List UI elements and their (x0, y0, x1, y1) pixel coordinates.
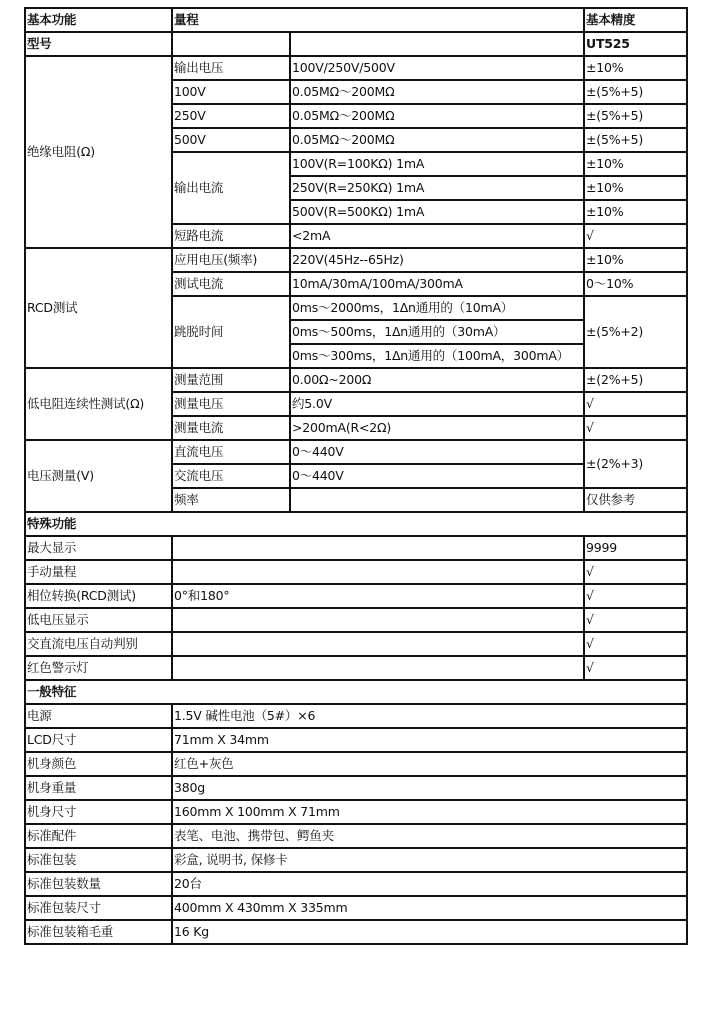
accuracy-cell: ±(2%+5) (584, 368, 687, 392)
general-label: 机身重量 (25, 776, 172, 800)
feature-value (172, 536, 584, 560)
range-cell (290, 488, 584, 512)
range-cell: 100V/250V/500V (290, 56, 584, 80)
accuracy-cell: √ (584, 584, 687, 608)
table-row: 机身重量 380g (25, 776, 687, 800)
param-cell: 100V (172, 80, 290, 104)
table-row: LCD尺寸 71mm X 34mm (25, 728, 687, 752)
model-value: UT525 (584, 32, 687, 56)
param-cell: 应用电压(频率) (172, 248, 290, 272)
range-cell: 0.05MΩ～200MΩ (290, 104, 584, 128)
header-function: 基本功能 (25, 8, 172, 32)
accuracy-cell: ±(5%+5) (584, 80, 687, 104)
accuracy-cell: ±(5%+5) (584, 104, 687, 128)
feature-label: 手动量程 (25, 560, 172, 584)
table-row: 标准包装尺寸 400mm X 430mm X 335mm (25, 896, 687, 920)
general-label: 标准配件 (25, 824, 172, 848)
empty-cell (172, 32, 290, 56)
accuracy-cell: √ (584, 608, 687, 632)
general-value: 20台 (172, 872, 687, 896)
section-header-row: 一般特征 (25, 680, 687, 704)
feature-label: 相位转换(RCD测试) (25, 584, 172, 608)
general-value: 1.5V 碱性电池（5#）×6 (172, 704, 687, 728)
param-cell: 测量范围 (172, 368, 290, 392)
range-cell: 220V(45Hz--65Hz) (290, 248, 584, 272)
general-label: 标准包装尺寸 (25, 896, 172, 920)
feature-label: 交直流电压自动判别 (25, 632, 172, 656)
feature-value (172, 608, 584, 632)
param-cell: 短路电流 (172, 224, 290, 248)
range-cell: 约5.0V (290, 392, 584, 416)
feature-label: 最大显示 (25, 536, 172, 560)
model-row: 型号 UT525 (25, 32, 687, 56)
param-cell: 250V (172, 104, 290, 128)
table-row: 标准包装箱毛重 16 Kg (25, 920, 687, 944)
accuracy-cell: ±10% (584, 56, 687, 80)
table-row: 最大显示 9999 (25, 536, 687, 560)
accuracy-cell: ±(5%+5) (584, 128, 687, 152)
accuracy-cell: √ (584, 392, 687, 416)
empty-cell (290, 32, 584, 56)
general-value: 16 Kg (172, 920, 687, 944)
table-row: 机身颜色 红色+灰色 (25, 752, 687, 776)
table-row: 交直流电压自动判别 √ (25, 632, 687, 656)
header-row: 基本功能 量程 基本精度 (25, 8, 687, 32)
accuracy-cell: ±10% (584, 176, 687, 200)
accuracy-cell: ±(2%+3) (584, 440, 687, 488)
param-cell: 输出电流 (172, 152, 290, 224)
general-label: LCD尺寸 (25, 728, 172, 752)
general-title: 一般特征 (25, 680, 687, 704)
general-label: 机身颜色 (25, 752, 172, 776)
accuracy-cell: √ (584, 632, 687, 656)
accuracy-cell: 9999 (584, 536, 687, 560)
param-cell: 交流电压 (172, 464, 290, 488)
param-cell: 直流电压 (172, 440, 290, 464)
range-cell: 0.05MΩ～200MΩ (290, 80, 584, 104)
param-cell: 跳脱时间 (172, 296, 290, 368)
model-label: 型号 (25, 32, 172, 56)
general-label: 标准包装箱毛重 (25, 920, 172, 944)
range-cell: 500V(R=500KΩ) 1mA (290, 200, 584, 224)
accuracy-cell: √ (584, 224, 687, 248)
feature-label: 红色警示灯 (25, 656, 172, 680)
general-label: 电源 (25, 704, 172, 728)
accuracy-cell: ±10% (584, 248, 687, 272)
accuracy-cell: 0～10% (584, 272, 687, 296)
table-row: 标准包装 彩盒, 说明书, 保修卡 (25, 848, 687, 872)
voltage-label: 电压测量(V) (25, 440, 172, 512)
accuracy-cell: ±(5%+2) (584, 296, 687, 368)
accuracy-cell: √ (584, 416, 687, 440)
param-cell: 测量电流 (172, 416, 290, 440)
range-cell: <2mA (290, 224, 584, 248)
special-title: 特殊功能 (25, 512, 687, 536)
param-cell: 测量电压 (172, 392, 290, 416)
accuracy-cell: √ (584, 560, 687, 584)
range-cell: 10mA/30mA/100mA/300mA (290, 272, 584, 296)
range-cell: 0.00Ω~200Ω (290, 368, 584, 392)
table-row: 标准配件 表笔、电池、携带包、鳄鱼夹 (25, 824, 687, 848)
param-cell: 频率 (172, 488, 290, 512)
continuity-label: 低电阻连续性测试(Ω) (25, 368, 172, 440)
table-row: 低电压显示 √ (25, 608, 687, 632)
section-header-row: 特殊功能 (25, 512, 687, 536)
general-value: 红色+灰色 (172, 752, 687, 776)
range-cell: 0ms～500ms，1Δn通用的（30mA） (290, 320, 584, 344)
table-row: 标准包装数量 20台 (25, 872, 687, 896)
feature-label: 低电压显示 (25, 608, 172, 632)
range-cell: 0ms～2000ms，1Δn通用的（10mA） (290, 296, 584, 320)
header-range: 量程 (172, 8, 584, 32)
table-row: 低电阻连续性测试(Ω) 测量范围 0.00Ω~200Ω ±(2%+5) (25, 368, 687, 392)
feature-value (172, 560, 584, 584)
general-value: 彩盒, 说明书, 保修卡 (172, 848, 687, 872)
accuracy-cell: √ (584, 656, 687, 680)
table-row: 电源 1.5V 碱性电池（5#）×6 (25, 704, 687, 728)
accuracy-cell: 仅供参考 (584, 488, 687, 512)
accuracy-cell: ±10% (584, 152, 687, 176)
general-label: 机身尺寸 (25, 800, 172, 824)
table-row: 绝缘电阻(Ω) 输出电压 100V/250V/500V ±10% (25, 56, 687, 80)
general-label: 标准包装数量 (25, 872, 172, 896)
accuracy-cell: ±10% (584, 200, 687, 224)
general-value: 380g (172, 776, 687, 800)
general-value: 160mm X 100mm X 71mm (172, 800, 687, 824)
range-cell: 0.05MΩ～200MΩ (290, 128, 584, 152)
range-cell: 0～440V (290, 440, 584, 464)
general-value: 400mm X 430mm X 335mm (172, 896, 687, 920)
feature-value (172, 632, 584, 656)
table-row: 机身尺寸 160mm X 100mm X 71mm (25, 800, 687, 824)
param-cell: 测试电流 (172, 272, 290, 296)
rcd-label: RCD测试 (25, 248, 172, 368)
general-value: 71mm X 34mm (172, 728, 687, 752)
spec-table: 基本功能 量程 基本精度 型号 UT525 绝缘电阻(Ω) 输出电压 100V/… (24, 7, 688, 945)
param-cell: 500V (172, 128, 290, 152)
table-row: 电压测量(V) 直流电压 0～440V ±(2%+3) (25, 440, 687, 464)
range-cell: >200mA(R<2Ω) (290, 416, 584, 440)
feature-value: 0°和180° (172, 584, 584, 608)
table-row: 相位转换(RCD测试) 0°和180° √ (25, 584, 687, 608)
range-cell: 100V(R=100KΩ) 1mA (290, 152, 584, 176)
table-row: 手动量程 √ (25, 560, 687, 584)
range-cell: 0～440V (290, 464, 584, 488)
insulation-label: 绝缘电阻(Ω) (25, 56, 172, 248)
header-accuracy: 基本精度 (584, 8, 687, 32)
range-cell: 0ms～300ms，1Δn通用的（100mA，300mA） (290, 344, 584, 368)
param-cell: 输出电压 (172, 56, 290, 80)
general-label: 标准包装 (25, 848, 172, 872)
table-row: 红色警示灯 √ (25, 656, 687, 680)
table-row: RCD测试 应用电压(频率) 220V(45Hz--65Hz) ±10% (25, 248, 687, 272)
range-cell: 250V(R=250KΩ) 1mA (290, 176, 584, 200)
feature-value (172, 656, 584, 680)
general-value: 表笔、电池、携带包、鳄鱼夹 (172, 824, 687, 848)
